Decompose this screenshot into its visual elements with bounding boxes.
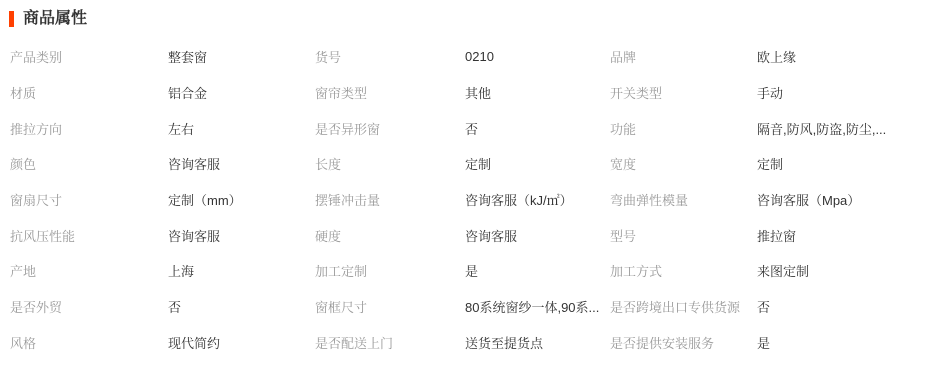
attribute-value: 左右 — [168, 119, 315, 138]
attribute-label: 窗帘类型 — [315, 83, 465, 102]
attribute-label: 型号 — [610, 226, 757, 245]
attribute-value: 手动 — [757, 83, 926, 102]
attribute-label: 弯曲弹性模量 — [610, 190, 757, 209]
attribute-label: 加工定制 — [315, 261, 465, 280]
attribute-value: 铝合金 — [168, 83, 315, 102]
attribute-value: 上海 — [168, 261, 315, 280]
attribute-value: 0210 — [465, 49, 610, 64]
attribute-label: 材质 — [10, 83, 168, 102]
product-attributes-section: 商品属性 产品类别 整套窗 货号 0210 品牌 欧上缘 材质 铝合金 窗帘类型… — [0, 0, 926, 368]
attribute-label: 颜色 — [10, 154, 168, 173]
attribute-label: 长度 — [315, 154, 465, 173]
attribute-value: 隔音,防风,防盗,防尘,... — [757, 119, 926, 138]
attribute-value: 是 — [757, 333, 926, 352]
attribute-label: 是否提供安装服务 — [610, 333, 757, 352]
attributes-table: 产品类别 整套窗 货号 0210 品牌 欧上缘 材质 铝合金 窗帘类型 其他 开… — [10, 39, 926, 360]
attribute-value: 否 — [465, 119, 610, 138]
attribute-label: 产品类别 — [10, 47, 168, 66]
attribute-label: 是否外贸 — [10, 297, 168, 316]
attribute-value: 咨询客服 — [168, 226, 315, 245]
attribute-label: 推拉方向 — [10, 119, 168, 138]
attribute-label: 窗扇尺寸 — [10, 190, 168, 209]
attribute-label: 是否异形窗 — [315, 119, 465, 138]
attribute-label: 产地 — [10, 261, 168, 280]
section-header: 商品属性 — [0, 0, 926, 28]
attribute-value: 定制（mm） — [168, 190, 315, 209]
attribute-value: 是 — [465, 261, 610, 280]
attribute-label: 窗框尺寸 — [315, 297, 465, 316]
attribute-label: 摆锤冲击量 — [315, 190, 465, 209]
attribute-label: 加工方式 — [610, 261, 757, 280]
attribute-label: 品牌 — [610, 47, 757, 66]
attribute-value: 咨询客服 — [465, 226, 610, 245]
attribute-value: 欧上缘 — [757, 47, 926, 66]
attribute-label: 功能 — [610, 119, 757, 138]
attribute-value: 80系统窗纱一体,90系... — [465, 297, 610, 316]
attribute-value: 咨询客服 — [168, 154, 315, 173]
attribute-value: 现代简约 — [168, 333, 315, 352]
attribute-label: 硬度 — [315, 226, 465, 245]
section-title: 商品属性 — [23, 10, 87, 28]
attribute-value: 来图定制 — [757, 261, 926, 280]
attribute-value: 推拉窗 — [757, 226, 926, 245]
section-accent-bar — [9, 11, 14, 27]
attribute-value: 咨询客服（kJ/㎡） — [465, 190, 610, 209]
attribute-label: 宽度 — [610, 154, 757, 173]
attribute-label: 货号 — [315, 47, 465, 66]
attribute-value: 其他 — [465, 83, 610, 102]
attribute-value: 否 — [757, 297, 926, 316]
attribute-label: 是否跨境出口专供货源 — [610, 297, 757, 316]
attribute-value: 定制 — [465, 154, 610, 173]
attribute-value: 整套窗 — [168, 47, 315, 66]
attribute-label: 抗风压性能 — [10, 226, 168, 245]
attribute-value: 咨询客服（Mpa） — [757, 190, 926, 209]
attribute-label: 风格 — [10, 333, 168, 352]
attribute-label: 开关类型 — [610, 83, 757, 102]
attribute-value: 送货至提货点 — [465, 333, 610, 352]
attribute-value: 定制 — [757, 154, 926, 173]
attribute-value: 否 — [168, 297, 315, 316]
attribute-label: 是否配送上门 — [315, 333, 465, 352]
